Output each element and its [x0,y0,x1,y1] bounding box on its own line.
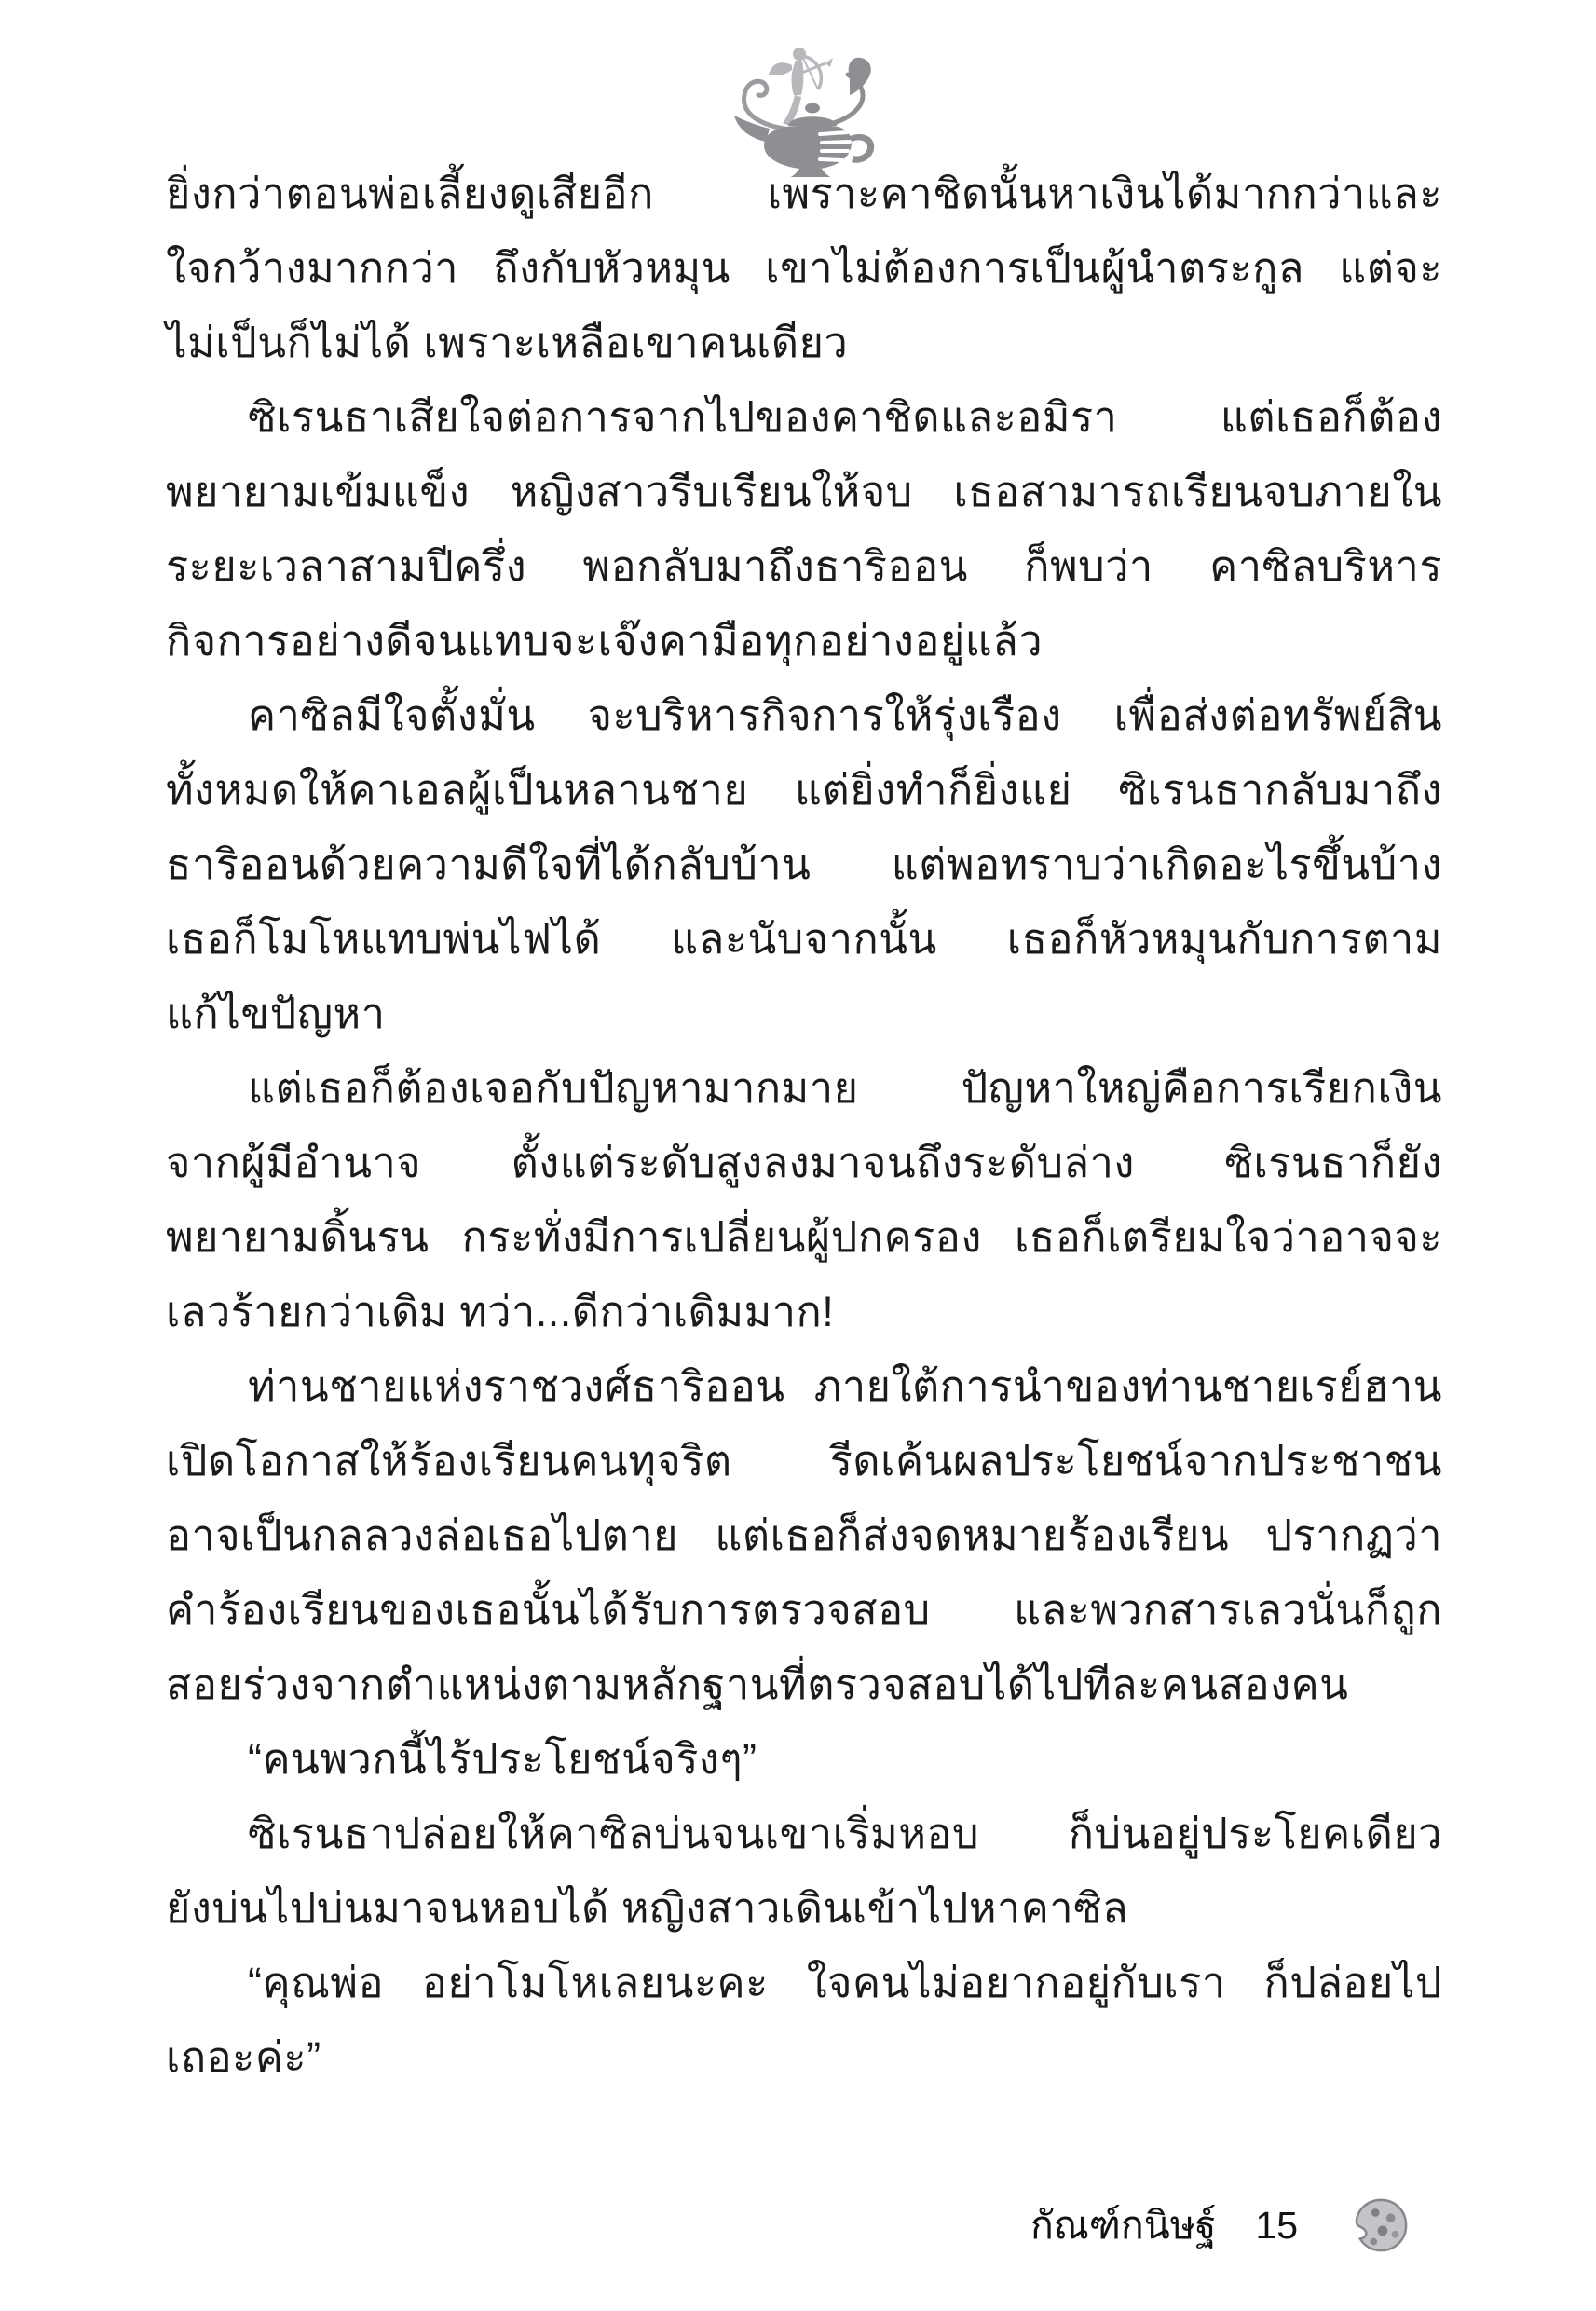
cookie-icon [1352,2196,1410,2254]
page-footer: กัณฑ์กนิษฐ์ 15 [0,2188,1410,2263]
cupid-icon [769,48,833,126]
text-line: เปิดโอกาสให้ร้องเรียนคนทุจริต รีดเค้นผลป… [166,1424,1442,1498]
text-line: ใจกว้างมากกว่า ถึงกับหัวหมุน เขาไม่ต้องก… [166,231,1442,306]
footer-page-number: 15 [1255,2204,1298,2248]
text-line: ไม่เป็นก็ไม่ได้ เพราะเหลือเขาคนเดียว [166,306,1442,380]
text-line: คาซิลมีใจตั้งมั่น จะบริหารกิจการให้รุ่งเ… [166,678,1442,753]
text-line: ซิเรนธาปล่อยให้คาซิลบ่นจนเขาเริ่มหอบ ก็บ… [166,1797,1442,1871]
text-line: กิจการอย่างดีจนแทบจะเจ๊งคามือทุกอย่างอยู… [166,604,1442,678]
text-line: พยายามเข้มแข็ง หญิงสาวรีบเรียนให้จบ เธอส… [166,455,1442,529]
text-line: ท่านชายแห่งราชวงศ์ธาริออน ภายใต้การนำของ… [166,1349,1442,1424]
text-line: “คนพวกนี้ไร้ประโยชน์จริงๆ” [166,1722,1442,1797]
text-line: ซิเรนธาเสียใจต่อการจากไปของคาชิดและอมิรา… [166,380,1442,455]
text-line: เธอก็โมโหแทบพ่นไฟได้ และนับจากนั้น เธอก็… [166,902,1442,977]
text-line: ทั้งหมดให้คาเอลผู้เป็นหลานชาย แต่ยิ่งทำก… [166,753,1442,827]
text-line: แก้ไขปัญหา [166,977,1442,1051]
text-line: สอยร่วงจากตำแหน่งตามหลักฐานที่ตรวจสอบได้… [166,1648,1442,1722]
text-line: ยังบ่นไปบ่นมาจนหอบได้ หญิงสาวเดินเข้าไปห… [166,1871,1442,1946]
text-line: อาจเป็นกลลวงล่อเธอไปตาย แต่เธอก็ส่งจดหมา… [166,1498,1442,1573]
text-line: จากผู้มีอำนาจ ตั้งแต่ระดับสูงลงมาจนถึงระ… [166,1126,1442,1200]
text-line: ยิ่งกว่าตอนพ่อเลี้ยงดูเสียอีก เพราะคาชิด… [166,157,1442,231]
text-line: คำร้องเรียนของเธอนั้นได้รับการตรวจสอบ แล… [166,1573,1442,1648]
text-line: ธาริออนด้วยความดีใจที่ได้กลับบ้าน แต่พอท… [166,827,1442,902]
book-page: ยิ่งกว่าตอนพ่อเลี้ยงดูเสียอีก เพราะคาชิด… [0,0,1596,2311]
page-text: ยิ่งกว่าตอนพ่อเลี้ยงดูเสียอีก เพราะคาชิด… [166,157,1442,2095]
text-line: ระยะเวลาสามปีครึ่ง พอกลับมาถึงธาริออน ก็… [166,529,1442,604]
text-line: พยายามดิ้นรน กระทั่งมีการเปลี่ยนผู้ปกครอ… [166,1200,1442,1275]
footer-book-title: กัณฑ์กนิษฐ์ [1030,2195,1216,2256]
text-line: แต่เธอก็ต้องเจอกับปัญหามากมาย ปัญหาใหญ่ค… [166,1051,1442,1126]
text-line: เลวร้ายกว่าเดิม ทว่า...ดีกว่าเดิมมาก! [166,1275,1442,1349]
text-line: เถอะค่ะ” [166,2020,1442,2095]
text-line: “คุณพ่อ อย่าโมโหเลยนะคะ ใจคนไม่อยากอยู่ก… [166,1946,1442,2020]
